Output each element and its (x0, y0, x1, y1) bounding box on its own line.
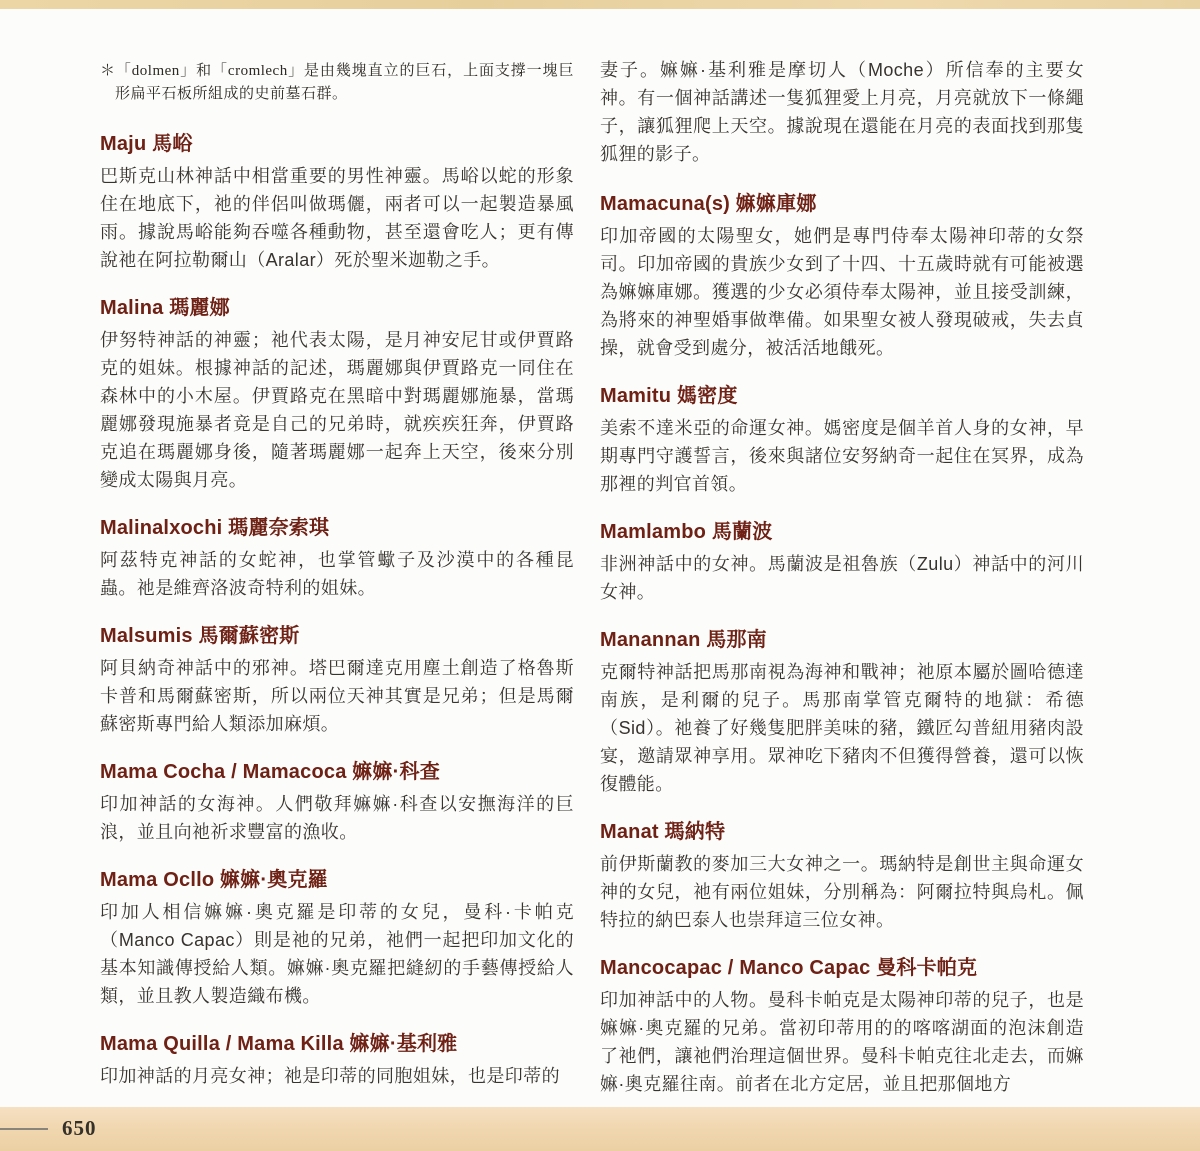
entry-continuation-mama-quilla: 妻子。嫲嫲·基利雅是摩切人（Moche）所信奉的主要女神。有一個神話講述一隻狐狸… (600, 56, 1084, 168)
entry-body: 印加神話的女海神。人們敬拜嫲嫲·科查以安撫海洋的巨浪，並且向祂祈求豐富的漁收。 (100, 790, 574, 846)
entry-heading: Malina 瑪麗娜 (100, 296, 574, 321)
entry-heading: Mamitu 媽密度 (600, 384, 1084, 409)
entry-body: 印加人相信嫲嫲·奧克羅是印蒂的女兒，曼科·卡帕克（Manco Capac）則是祂… (100, 898, 574, 1010)
entry-body: 伊努特神話的神靈；祂代表太陽，是月神安尼甘或伊賈路克的姐妹。根據神話的記述，瑪麗… (100, 326, 574, 494)
dictionary-entry-maju: Maju 馬峪 巴斯克山林神話中相當重要的男性神靈。馬峪以蛇的形象住在地底下，祂… (100, 132, 574, 274)
dictionary-entry-mama-cocha: Mama Cocha / Mamacoca 嫲嫲·科查 印加神話的女海神。人們敬… (100, 760, 574, 846)
entry-heading: Malsumis 馬爾蘇密斯 (100, 624, 574, 649)
scanned-book-page: ＊「dolmen」和「cromlech」是由幾塊直立的巨石，上面支撐一塊巨形扁平… (0, 0, 1200, 1151)
entry-body: 印加神話中的人物。曼科卡帕克是太陽神印蒂的兒子，也是嫲嫲·奧克羅的兄弟。當初印蒂… (600, 986, 1084, 1098)
footnote: ＊「dolmen」和「cromlech」是由幾塊直立的巨石，上面支撐一塊巨形扁平… (100, 60, 574, 106)
dictionary-entry-mamitu: Mamitu 媽密度 美索不達米亞的命運女神。媽密度是個羊首人身的女神，早期專門… (600, 384, 1084, 498)
entry-body: 美索不達米亞的命運女神。媽密度是個羊首人身的女神，早期專門守護誓言，後來與諸位安… (600, 414, 1084, 498)
entry-heading: Mama Quilla / Mama Killa 嫲嫲·基利雅 (100, 1032, 574, 1057)
right-column: 妻子。嫲嫲·基利雅是摩切人（Moche）所信奉的主要女神。有一個神話講述一隻狐狸… (600, 56, 1084, 1120)
entry-body: 印加神話的月亮女神；祂是印蒂的同胞姐妹，也是印蒂的 (100, 1062, 574, 1090)
entry-heading: Maju 馬峪 (100, 132, 574, 157)
entry-body: 阿貝納奇神話中的邪神。塔巴爾達克用塵土創造了格魯斯卡普和馬爾蘇密斯，所以兩位天神… (100, 654, 574, 738)
dictionary-entry-mamacuna: Mamacuna(s) 嫲嫲庫娜 印加帝國的太陽聖女，她們是專門侍奉太陽神印蒂的… (600, 192, 1084, 362)
entry-body: 前伊斯蘭教的麥加三大女神之一。瑪納特是創世主與命運女神的女兒，祂有兩位姐妹，分別… (600, 850, 1084, 934)
dictionary-entry-malsumis: Malsumis 馬爾蘇密斯 阿貝納奇神話中的邪神。塔巴爾達克用塵土創造了格魯斯… (100, 624, 574, 738)
dictionary-entry-malina: Malina 瑪麗娜 伊努特神話的神靈；祂代表太陽，是月神安尼甘或伊賈路克的姐妹… (100, 296, 574, 494)
entry-heading: Malinalxochi 瑪麗奈索琪 (100, 516, 574, 541)
footer-rule (0, 1128, 48, 1130)
dictionary-entry-malinalxochi: Malinalxochi 瑪麗奈索琪 阿茲特克神話的女蛇神，也掌管蠍子及沙漠中的… (100, 516, 574, 602)
entry-heading: Mamlambo 馬蘭波 (600, 520, 1084, 545)
page-number: 650 (62, 1116, 97, 1141)
entry-heading: Mama Ocllo 嫲嫲·奧克羅 (100, 868, 574, 893)
page-footer: 650 (0, 1116, 97, 1141)
dictionary-entry-manat: Manat 瑪納特 前伊斯蘭教的麥加三大女神之一。瑪納特是創世主與命運女神的女兒… (600, 820, 1084, 934)
dictionary-entry-mamlambo: Mamlambo 馬蘭波 非洲神話中的女神。馬蘭波是祖魯族（Zulu）神話中的河… (600, 520, 1084, 606)
entry-body: 巴斯克山林神話中相當重要的男性神靈。馬峪以蛇的形象住在地底下，祂的伴侶叫做瑪儷，… (100, 162, 574, 274)
dictionary-entry-manannan: Manannan 馬那南 克爾特神話把馬那南視為海神和戰神；祂原本屬於圖哈德達南… (600, 628, 1084, 798)
entry-body: 克爾特神話把馬那南視為海神和戰神；祂原本屬於圖哈德達南族，是利爾的兒子。馬那南掌… (600, 658, 1084, 798)
entry-body: 印加帝國的太陽聖女，她們是專門侍奉太陽神印蒂的女祭司。印加帝國的貴族少女到了十四… (600, 222, 1084, 362)
dictionary-entry-mama-quilla: Mama Quilla / Mama Killa 嫲嫲·基利雅 印加神話的月亮女… (100, 1032, 574, 1090)
scan-edge-top (0, 0, 1200, 9)
entry-heading: Manannan 馬那南 (600, 628, 1084, 653)
entry-heading: Mamacuna(s) 嫲嫲庫娜 (600, 192, 1084, 217)
entry-heading: Manat 瑪納特 (600, 820, 1084, 845)
dictionary-entry-mancocapac: Mancocapac / Manco Capac 曼科卡帕克 印加神話中的人物。… (600, 956, 1084, 1098)
entry-heading: Mancocapac / Manco Capac 曼科卡帕克 (600, 956, 1084, 981)
left-column: ＊「dolmen」和「cromlech」是由幾塊直立的巨石，上面支撐一塊巨形扁平… (100, 56, 574, 1112)
entry-heading: Mama Cocha / Mamacoca 嫲嫲·科查 (100, 760, 574, 785)
entry-body: 阿茲特克神話的女蛇神，也掌管蠍子及沙漠中的各種昆蟲。祂是維齊洛波奇特利的姐妹。 (100, 546, 574, 602)
entry-body: 非洲神話中的女神。馬蘭波是祖魯族（Zulu）神話中的河川女神。 (600, 550, 1084, 606)
dictionary-entry-mama-ocllo: Mama Ocllo 嫲嫲·奧克羅 印加人相信嫲嫲·奧克羅是印蒂的女兒，曼科·卡… (100, 868, 574, 1010)
